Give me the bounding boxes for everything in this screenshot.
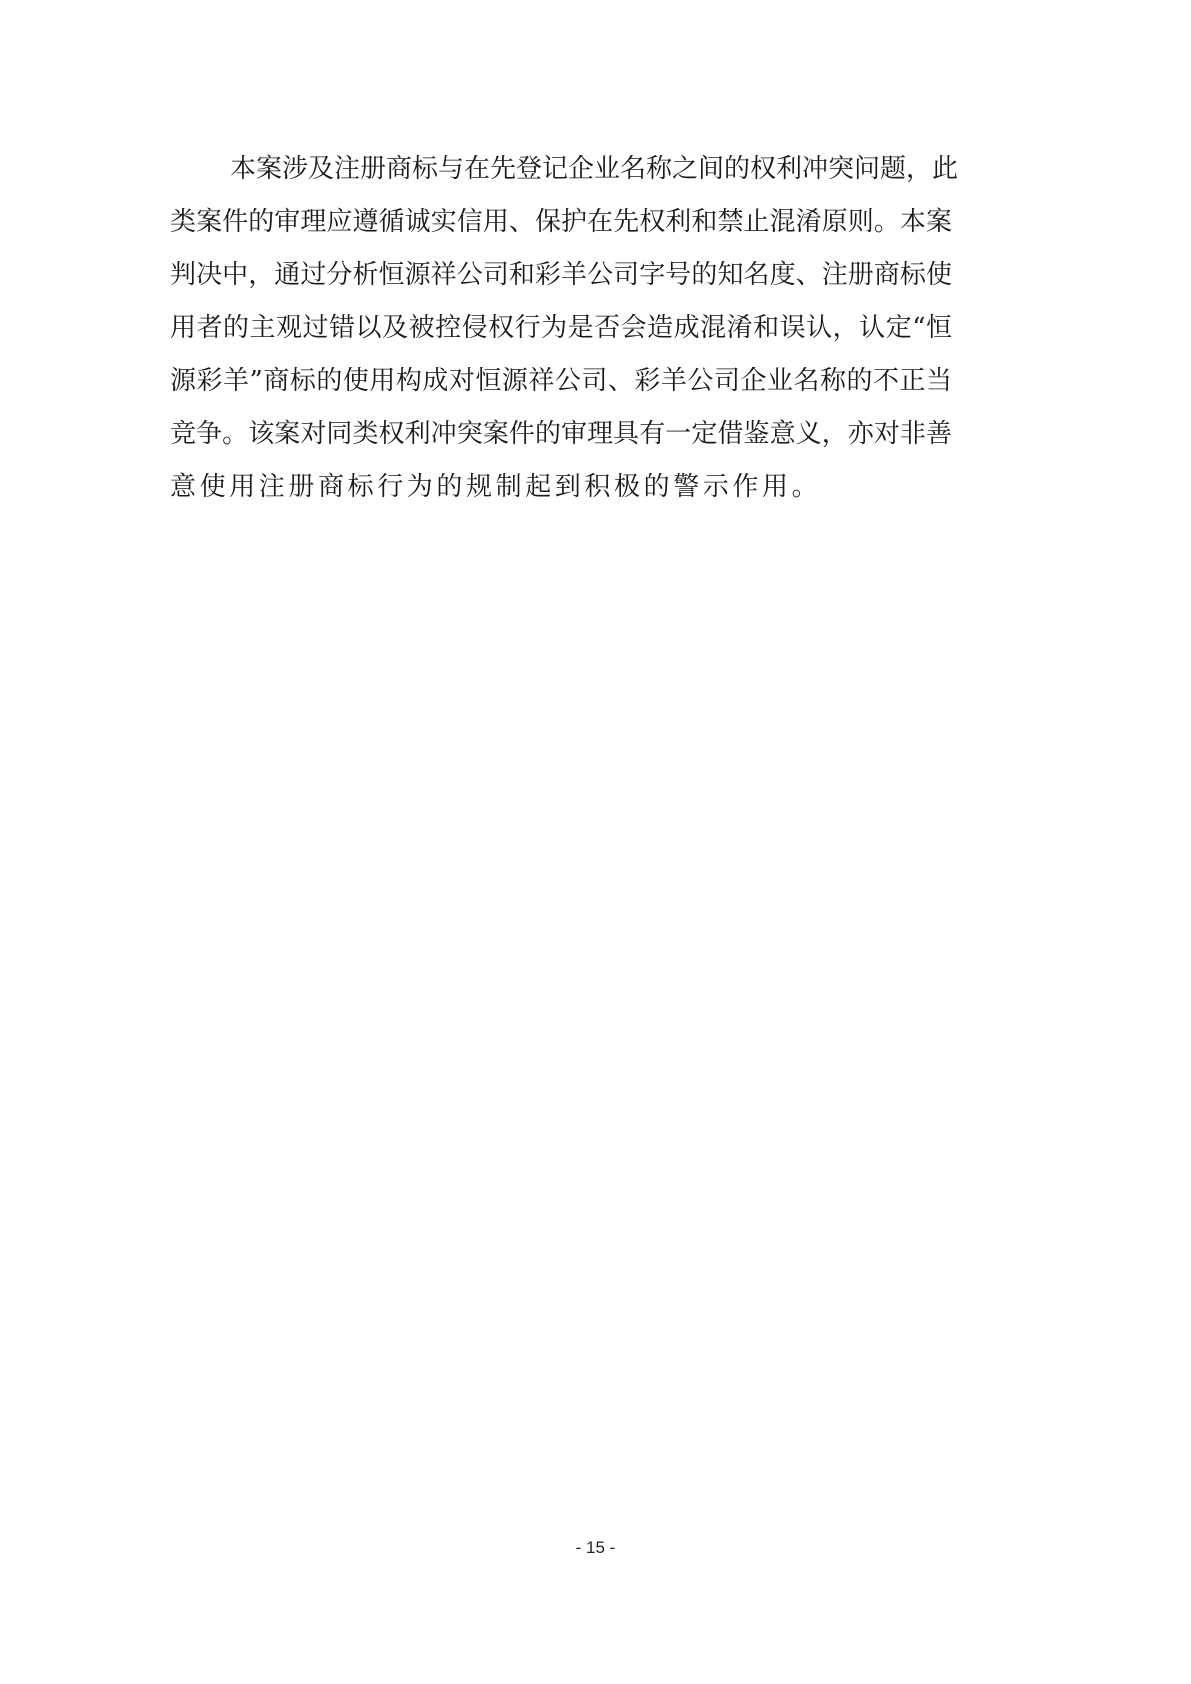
paragraph-line: 意使用注册商标行为的规制起到积极的警示作用。: [170, 468, 952, 521]
paragraph-line: 用者的主观过错以及被控侵权行为是否会造成混淆和误认，认定“恒: [170, 309, 952, 362]
paragraph-line: 类案件的审理应遵循诚实信用、保护在先权利和禁止混淆原则。本案: [170, 203, 952, 256]
paragraph-line: 竞争。该案对同类权利冲突案件的审理具有一定借鉴意义，亦对非善: [170, 415, 952, 468]
paragraph-line: 源彩羊”商标的使用构成对恒源祥公司、彩羊公司企业名称的不正当: [170, 362, 952, 415]
paragraph-line: 判决中，通过分析恒源祥公司和彩羊公司字号的知名度、注册商标使: [170, 256, 952, 309]
body-paragraph: 本案涉及注册商标与在先登记企业名称之间的权利冲突问题，此 类案件的审理应遵循诚实…: [170, 150, 952, 521]
document-page: 本案涉及注册商标与在先登记企业名称之间的权利冲突问题，此 类案件的审理应遵循诚实…: [0, 0, 1191, 1684]
paragraph-line: 本案涉及注册商标与在先登记企业名称之间的权利冲突问题，此: [170, 150, 952, 203]
page-number: - 15 -: [0, 1538, 1191, 1558]
